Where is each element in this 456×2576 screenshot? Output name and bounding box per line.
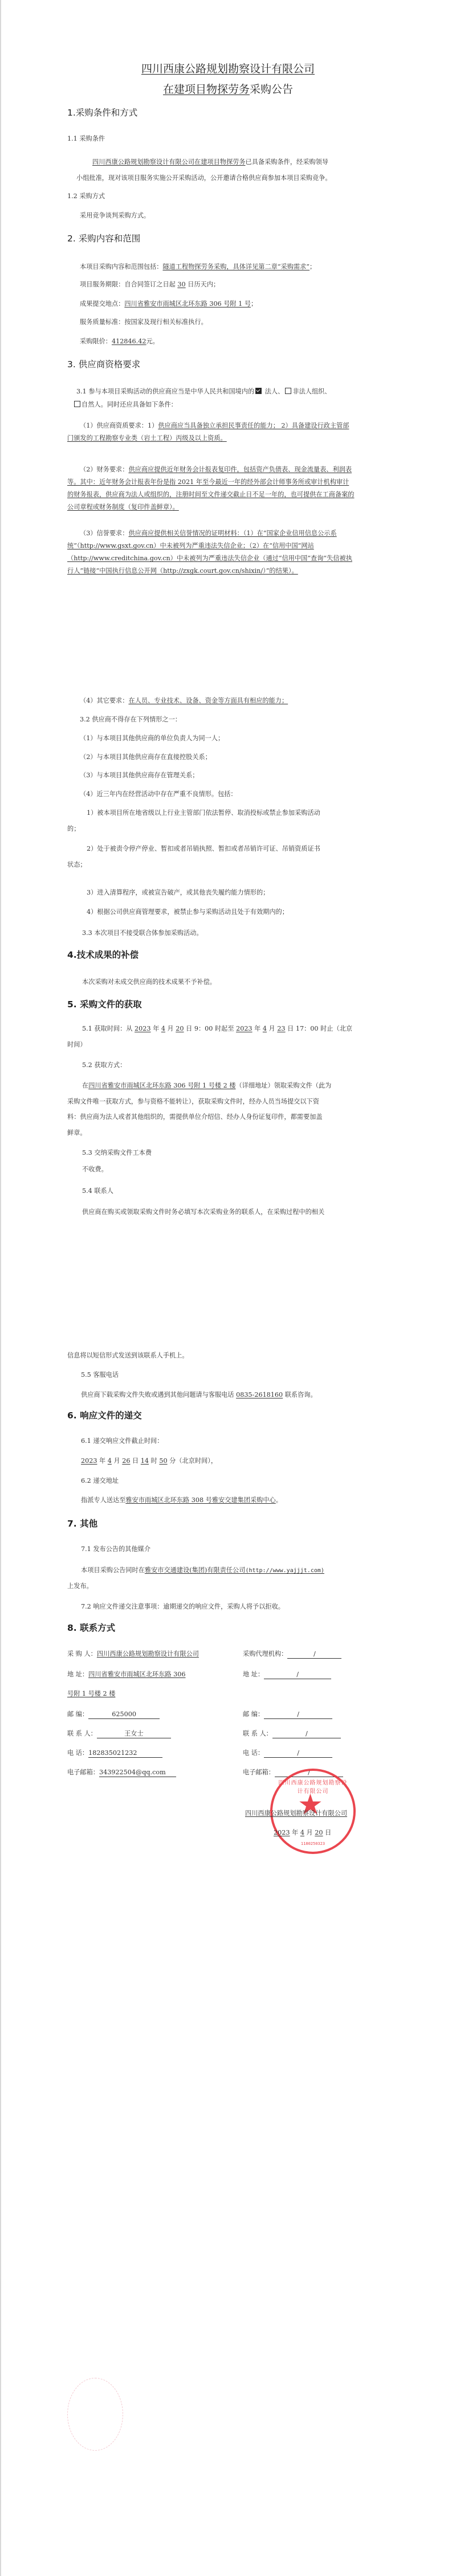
exclusion-item: （3）与本项目其他供应商存在管理关系； <box>80 772 199 780</box>
other-media-line2: 上发布。 <box>67 1582 93 1590</box>
buyer-zip-row: 邮 编：625000 <box>67 1711 160 1719</box>
req-qualification: （1）供应商资质要求：1）供应商应当具备独立承担民事责任的能力； 2）具备建设行… <box>67 420 355 445</box>
section-3-heading: 3. 供应商资格要求 <box>67 358 140 370</box>
fee-text: 不收费。 <box>82 1166 108 1174</box>
section-8-heading: 8. 联系方式 <box>67 1621 115 1634</box>
agency-contact-row: 联 系 人：/ <box>243 1730 341 1738</box>
acquisition-method-line1: 在四川省雅安市雨城区北环东路 306 号附 1 号楼 2 楼（详细地址）领取采购… <box>82 1082 331 1090</box>
acquisition-method-line4: 鲜章。 <box>67 1129 87 1137</box>
contact-info-line1: 供应商在购买或领取采购文件时务必填写本次采购业务的联系人，在采购过程中的相关 <box>82 1208 324 1216</box>
submission-address-line: 指派专人送达至雅安市雨城区北环东路 308 号雅安交建集团采购中心。 <box>81 1496 282 1504</box>
req-credit: （3）信誉要求：供应商应提供相关信誉情况的证明材料：（1）在“国家企业信用信息公… <box>67 527 355 577</box>
buyer-email-row: 电子邮箱：343922504@qq.com <box>67 1769 176 1777</box>
exclusion-item: （2）与本项目其他供应商存在直接控股关系； <box>80 753 211 761</box>
subsection-1-1-heading: 1.1 采购条件 <box>67 135 105 143</box>
section-1-heading: 1.采购条件和方式 <box>67 106 137 118</box>
compensation-text: 本次采购对未成交供应商的技术成果不予补偿。 <box>82 978 216 986</box>
subsection-1-2-heading: 1.2 采购方式 <box>67 192 105 200</box>
subsection-7-2: 7.2 响应文件递交注意事项：逾期递交的响应文件，采购人将予以拒收。 <box>81 1603 284 1611</box>
service-period-line: 项目服务期限：自合同签订之日起 30 日历天内； <box>80 281 219 289</box>
exclusion-item: （1）与本项目其他供应商的单位负责人为同一人； <box>80 735 224 743</box>
subsection-7-1-heading: 7.1 发布公告的其他媒介 <box>81 1545 150 1553</box>
supplier-type-line2: 自然人。同时还应具备如下条件： <box>73 401 177 409</box>
scope-line: 本项目采购内容和范围包括：隧道工程物探劳务采购，具体详见第二章“采购需求”； <box>80 263 316 271</box>
exclusion-subitem-1a: 1）被本项目所在地省级以上行业主管部门依法暂停、取消投标或禁止参加采购活动 <box>87 809 320 817</box>
buyer-phone-row: 电 话：182835021232 <box>67 1749 162 1758</box>
doc-title-line1: 四川西康公路规划勘察设计有限公司 <box>0 60 456 76</box>
subsection-6-1-heading: 6.1 递交响应文件截止时间： <box>81 1437 163 1445</box>
supplier-type-line1: 3.1 参与本项目采购活动的供应商应当是中华人民共和国境内的 法人、非法人组织、 <box>76 388 331 396</box>
subsection-3-3: 3.3 本次项目不接受联合体参加采购活动。 <box>82 929 203 937</box>
acquisition-time-line1: 5.1 获取时间：从 2023 年 4 月 20 日 9：00 时起至 2023… <box>82 1025 352 1033</box>
acquisition-time-line2: 时间） <box>67 1041 87 1049</box>
quality-standard-line: 服务质量标准：按国家及现行相关标准执行。 <box>80 318 207 326</box>
section-4-heading: 4.技术成果的补偿 <box>67 948 139 961</box>
section-7-heading: 7. 其他 <box>67 1517 97 1529</box>
exclusion-subitem-4: 4）根据公司供应商管理要求，被禁止参与采购活动且处于有效期内的； <box>87 908 288 916</box>
subsection-6-2-heading: 6.2 递交地址 <box>81 1477 119 1485</box>
subsection-5-5-heading: 5.5 客服电话 <box>81 1371 119 1379</box>
signature-date: 2023 年 4 月 20 日 <box>274 1829 331 1837</box>
delivery-location-line: 成果提交地点：四川省雅安市雨城区北环东路 306 号附 1 号； <box>80 300 257 308</box>
non-legal-org-checkbox[interactable] <box>285 388 291 394</box>
other-media-line1: 本项目采购公告同时在雅安市交通建设(集团)有限责任公司(http://www.y… <box>81 1566 324 1575</box>
agency-zip-row: 邮 编：/ <box>243 1711 332 1719</box>
buyer-address-row2: 号附 1 号楼 2 楼 <box>67 1690 115 1698</box>
section-5-heading: 5. 采购文件的获取 <box>67 998 142 1010</box>
agency-phone-row: 电 话：/ <box>243 1749 332 1758</box>
subsection-3-2-heading: 3.2 供应商不得存在下列情形之一： <box>80 716 181 724</box>
signature-company: 四川西康公路规划勘察设计有限公司 <box>245 1810 347 1818</box>
exclusion-subitem-2a: 2）处于被责令停产停业、暂扣或者吊销执照、暂扣或者吊销许可证、吊销资质证书 <box>87 845 320 853</box>
deadline-line: 2023 年 4 月 26 日 14 时 50 分（北京时间）， <box>81 1457 217 1465</box>
natural-person-checkbox[interactable] <box>74 401 80 407</box>
section-6-heading: 6. 响应文件的递交 <box>67 1409 142 1421</box>
buyer-address-row: 地 址：四川省雅安市雨城区北环东路 306 <box>67 1671 185 1679</box>
faint-seal-mark <box>67 2378 123 2451</box>
seal-code: 1180250323 <box>290 1841 336 1846</box>
req-other: （4）其它要求：在人员、专业技术、设备、资金等方面具有相应的能力； <box>80 697 288 705</box>
procurement-condition-line1: 四川西康公路规划勘察设计有限公司在建项目物探劳务已具备采购条件，经采购领导 <box>92 158 328 166</box>
legal-person-checkbox[interactable] <box>255 388 262 394</box>
req-financial: （2）财务要求：供应商应提供近年财务会计报表复印件，包括资产负债表、现金流量表、… <box>67 463 355 514</box>
subsection-5-4-heading: 5.4 联系人 <box>82 1187 113 1195</box>
subsection-5-2-heading: 5.2 获取方式： <box>82 1061 126 1069</box>
hotline-line: 供应商下载采购文件失败或遇到其他问题请与客服电话 0835-2618160 联系… <box>81 1391 317 1399</box>
buyer-contact-row: 联 系 人：王女士 <box>67 1730 171 1738</box>
agency-row: 采购代理机构：/ <box>243 1650 341 1659</box>
price-limit-line: 采购限价：412846.42元。 <box>80 338 159 346</box>
section-2-heading: 2. 采购内容和范围 <box>67 232 140 244</box>
procurement-method-text: 采用竞争谈判采购方式。 <box>80 212 150 220</box>
acquisition-method-line2: 采购文件唯一获取方式，参与资格不能转让），获取采购文件时，经办人员当场提交以下资 <box>67 1098 319 1106</box>
exclusion-subitem-3: 3）进入清算程序，或被宣告破产，或其他丧失履约能力情形的； <box>87 889 269 897</box>
procurement-condition-line2: 小组批准，现对该项目服务实施公开采购活动，公开邀请合格供应商参加本项目采购竞争。 <box>76 174 332 182</box>
buyer-row: 采 购 人：四川西康公路规划勘察设计有限公司 <box>67 1650 199 1658</box>
exclusion-subitem-1b: 的； <box>67 825 80 833</box>
exclusion-item: （4）近三年内在经营活动中存在严重不良情形。包括： <box>80 790 237 798</box>
exclusion-subitem-2b: 状态； <box>67 861 87 869</box>
agency-address-row: 地 址：/ <box>243 1671 331 1679</box>
doc-title-line2: 在建项目物探劳务采购公告 <box>0 81 456 96</box>
acquisition-method-line3: 料：供应商为法人或者其他组织的，需提供单位介绍信、经办人身份证复印件，都需要加盖 <box>67 1113 323 1121</box>
contact-info-line2: 信息将以短信形式发送到该联系人手机上。 <box>67 1352 189 1360</box>
page-edge <box>0 0 1 2576</box>
subsection-5-3-heading: 5.3 交纳采购文件工本费 <box>82 1149 152 1157</box>
